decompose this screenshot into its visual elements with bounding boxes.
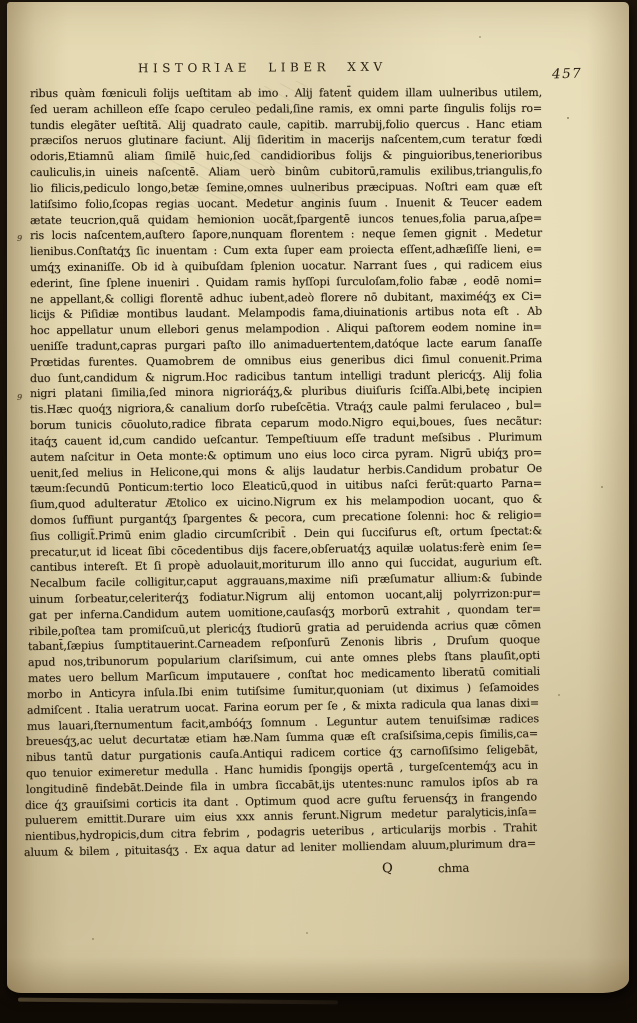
quire-signature: Q [382,861,393,877]
running-head: HISTORIAE LIBER XXV [138,59,558,82]
book-bottom-page-edges [18,998,338,1005]
book-photo: HISTORIAE LIBER XXV 457 ribus quàm fœnic… [0,0,637,1023]
text-line: ribus quàm fœniculi folijs ueſtitam ab i… [30,85,542,102]
running-head-title: HISTORIAE LIBER XXV [138,60,387,76]
text-line: latiſsimo folio,ſcopas regias uocant. Me… [30,194,542,212]
body-text: ribus quàm fœniculi folijs ueſtitam ab i… [30,86,542,877]
page-number: 457 [552,66,583,83]
margin-mark: 9 [17,390,22,406]
catchword: chma [438,860,469,876]
text-line: ſed ueram achilleon eſſe ſcapo ceruleo p… [30,101,542,118]
margin-mark: 9 [17,231,22,247]
text-line: lio filicis,pediculo longo,betæ ſemine,o… [30,179,542,197]
text-line: cauliculis,in uineis naſcentē. Aliam uer… [30,163,542,181]
paper-specks [0,0,2,2]
